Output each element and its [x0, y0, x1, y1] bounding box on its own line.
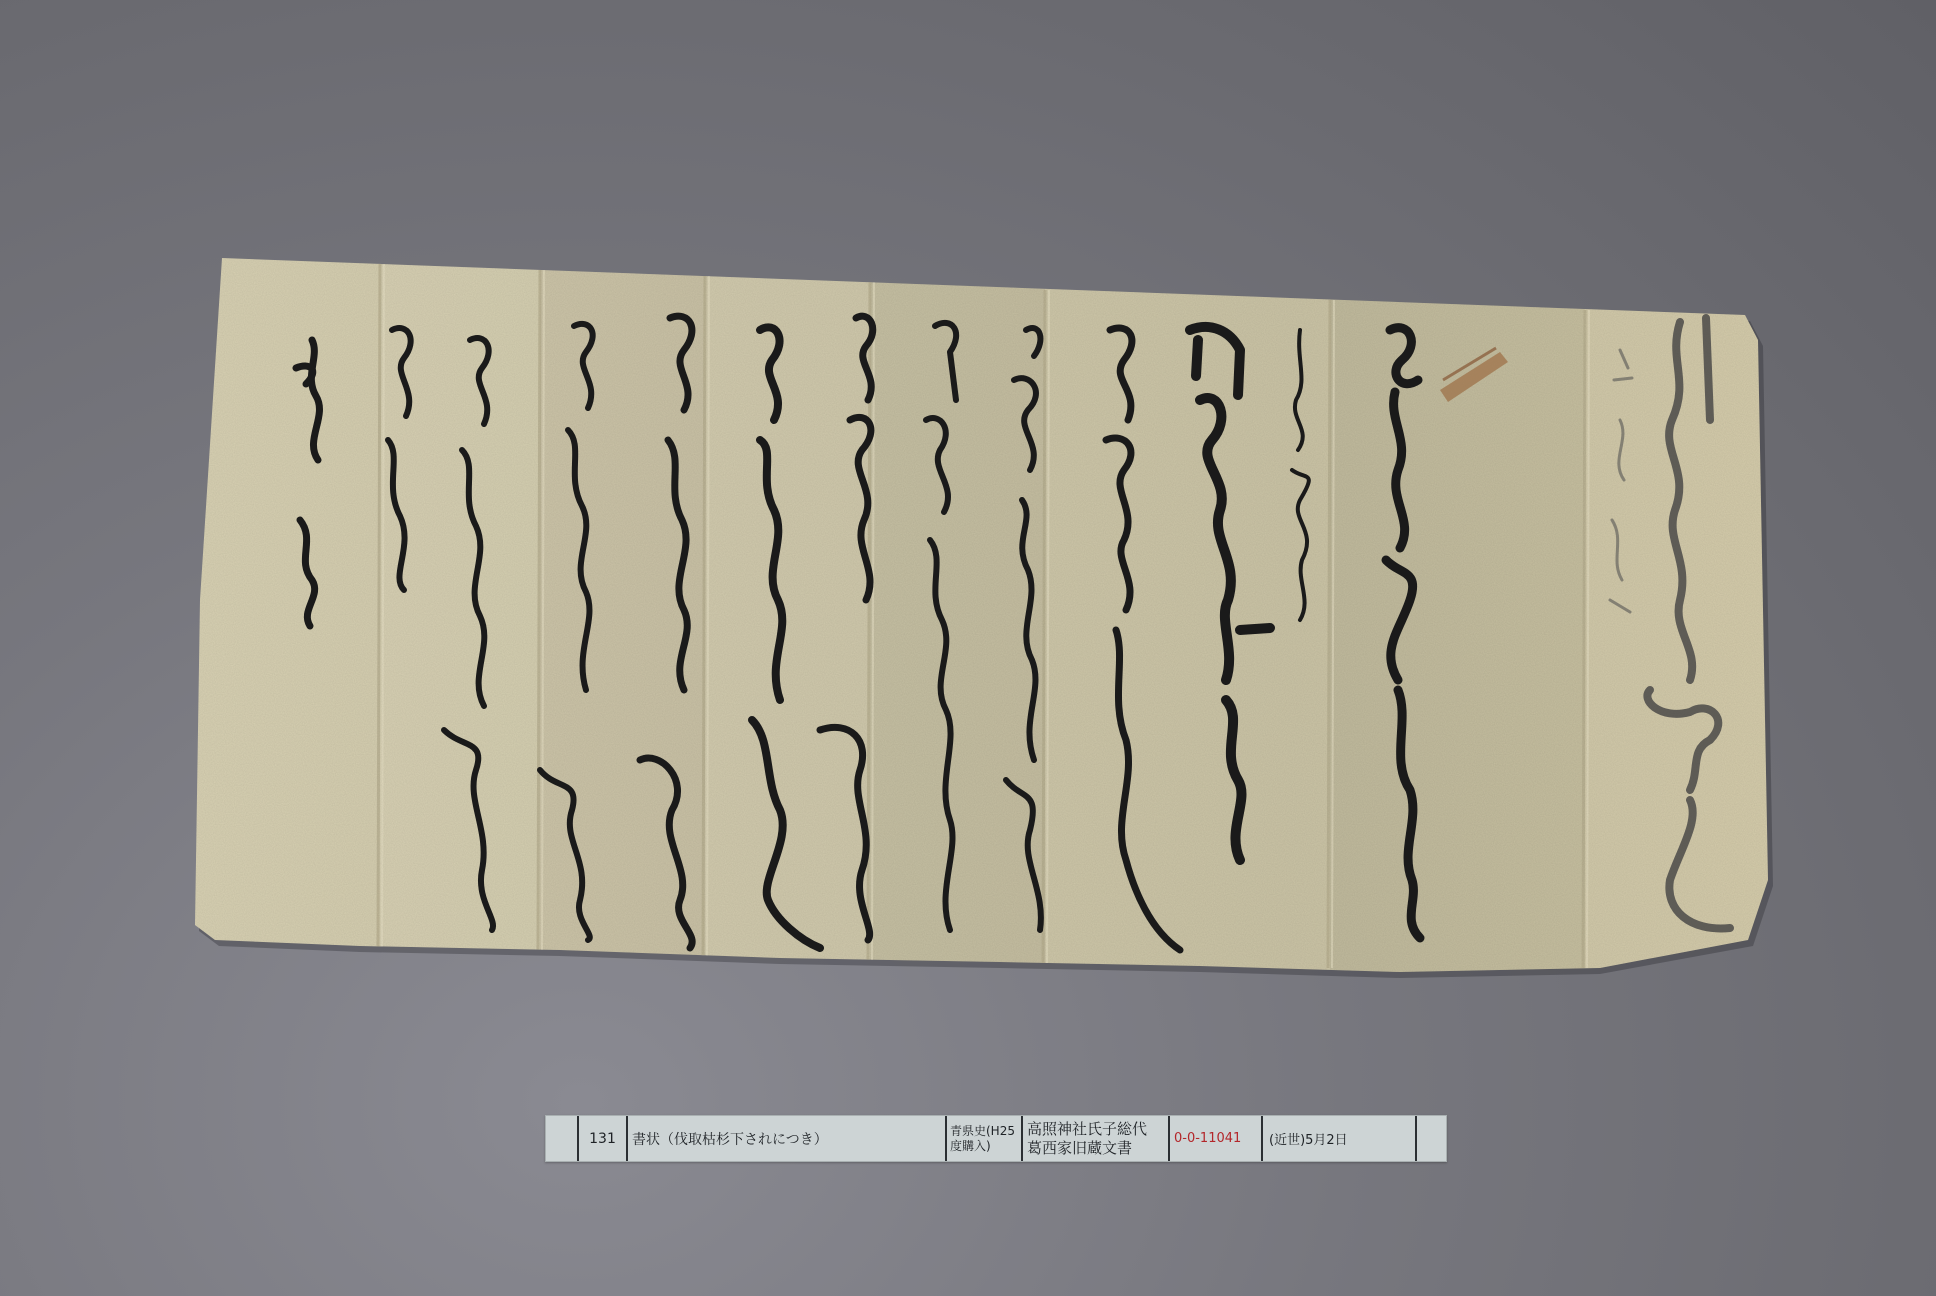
label-document-title: 書状（伐取枯杉下されにつき） — [628, 1116, 947, 1161]
label-source-line1: 青県史(H25 — [950, 1124, 1015, 1139]
label-blank-left-cell — [546, 1116, 579, 1161]
fold-creases — [190, 250, 1780, 990]
folded-letter-document — [0, 0, 1936, 1296]
label-collection-name: 高照神社氏子総代 葛西家旧蔵文書 — [1023, 1116, 1170, 1161]
label-acquisition-source: 青県史(H25 度購入) — [947, 1116, 1023, 1161]
label-date: (近世)5月2日 — [1263, 1116, 1417, 1161]
label-item-number: 131 — [579, 1116, 628, 1161]
label-source-line2: 度購入) — [950, 1139, 991, 1154]
label-collection-line1: 高照神社氏子総代 — [1027, 1120, 1147, 1139]
label-collection-line2: 葛西家旧蔵文書 — [1027, 1139, 1132, 1158]
photo-stage: 131 書状（伐取枯杉下されにつき） 青県史(H25 度購入) 高照神社氏子総代… — [0, 0, 1936, 1296]
label-blank-right-cell — [1417, 1116, 1446, 1161]
catalog-label: 131 書状（伐取枯杉下されにつき） 青県史(H25 度購入) 高照神社氏子総代… — [545, 1115, 1447, 1162]
label-catalog-code: 0-0-11041 — [1170, 1116, 1263, 1161]
